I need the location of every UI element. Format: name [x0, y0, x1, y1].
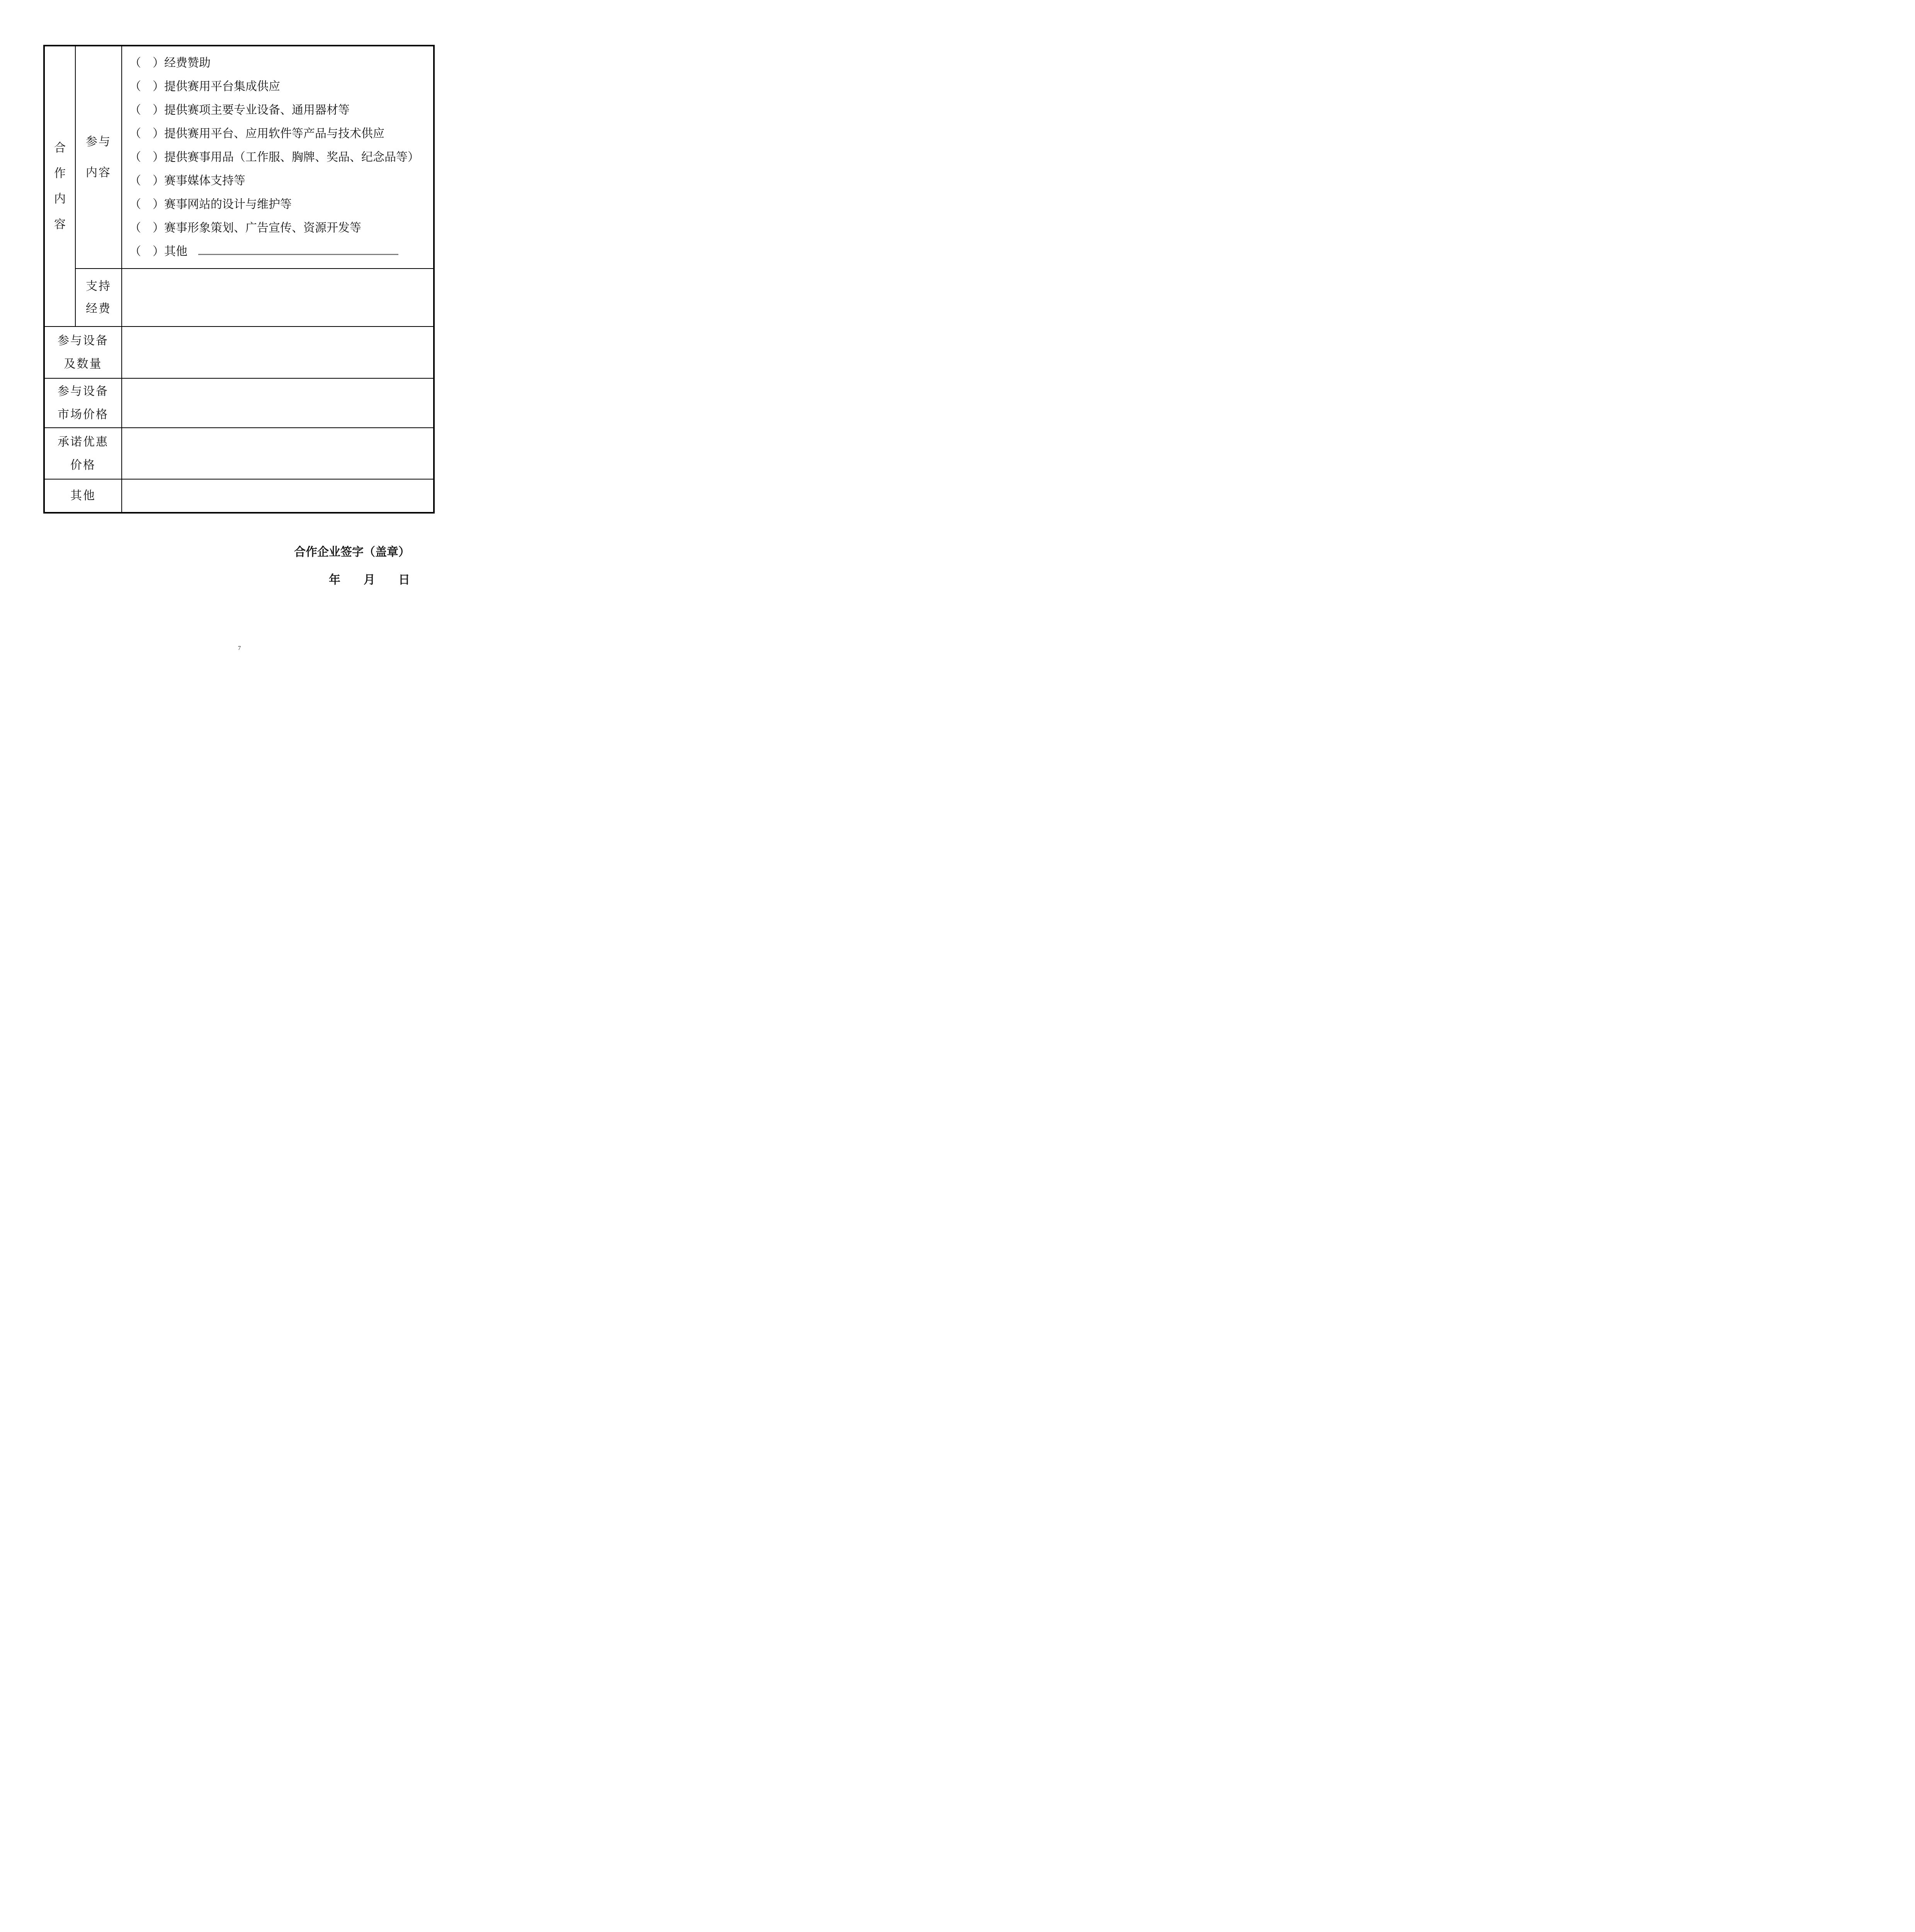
label-line: 参与: [86, 126, 111, 157]
row-header-equipment-quantity: 参与设备 及数量: [45, 327, 121, 378]
label-line: 内容: [86, 157, 111, 188]
date-label: 年 月 日: [294, 572, 410, 588]
checkbox-item-other-label: （ ）其他: [129, 245, 187, 258]
fill-in-blank-line: [198, 254, 398, 255]
label-line: 市场价格: [58, 403, 109, 426]
checkbox-item: （ ）经费赞助: [129, 51, 433, 75]
signature-block: 合作企业签字（盖章） 年 月 日: [294, 544, 410, 588]
empty-cell-support-fund: [122, 269, 433, 326]
page-number: 7: [0, 645, 479, 652]
row-header-support-fund: 支持 经费: [76, 269, 121, 326]
participation-items-cell: （ ）经费赞助 （ ）提供赛用平台集成供应 （ ）提供赛项主要专业设备、通用器材…: [122, 46, 433, 268]
checkbox-item: （ ）提供赛项主要专业设备、通用器材等: [129, 98, 433, 122]
label-line: 经费: [86, 298, 111, 320]
row-header-promised-price: 承诺优惠 价格: [45, 428, 121, 479]
document-page: 合 作 内 容 参与 内容 （ ）经费赞助 （ ）提供赛用平台集成供应 （ ）提…: [0, 0, 479, 677]
row-header-cooperation-content: 合 作 内 容: [45, 46, 75, 326]
row-header-market-price: 参与设备 市场价格: [45, 379, 121, 427]
label-line: 承诺优惠: [58, 430, 109, 454]
empty-cell-equipment-quantity: [122, 327, 433, 378]
empty-cell-market-price: [122, 379, 433, 427]
row-header-participation-content: 参与 内容: [76, 46, 121, 268]
empty-cell-promised-price: [122, 428, 433, 479]
checkbox-item: （ ）提供赛用平台、应用软件等产品与技术供应: [129, 122, 433, 145]
checkbox-item: （ ）提供赛用平台集成供应: [129, 75, 433, 98]
label-line: 价格: [70, 454, 96, 477]
label-line: 支持: [86, 275, 111, 298]
empty-cell-other: [122, 480, 433, 512]
vertical-char: 作: [54, 168, 66, 179]
checkbox-item: （ ）赛事媒体支持等: [129, 169, 433, 192]
label-line: 参与设备: [58, 329, 109, 352]
checkbox-item: （ ）赛事网站的设计与维护等: [129, 192, 433, 216]
checkbox-item-other: （ ）其他: [129, 240, 433, 263]
label-line: 及数量: [64, 352, 102, 376]
label-line: 参与设备: [58, 380, 109, 403]
label-line: 其他: [70, 488, 96, 503]
cooperation-table: 合 作 内 容 参与 内容 （ ）经费赞助 （ ）提供赛用平台集成供应 （ ）提…: [43, 45, 435, 514]
company-signature-label: 合作企业签字（盖章）: [294, 544, 410, 560]
checkbox-item: （ ）提供赛事用品（工作服、胸牌、奖品、纪念品等）: [129, 145, 433, 169]
vertical-char: 合: [54, 142, 66, 154]
row-header-other: 其他: [45, 480, 121, 512]
vertical-char: 容: [54, 219, 66, 230]
vertical-char: 内: [54, 193, 66, 205]
checkbox-item: （ ）赛事形象策划、广告宣传、资源开发等: [129, 216, 433, 240]
